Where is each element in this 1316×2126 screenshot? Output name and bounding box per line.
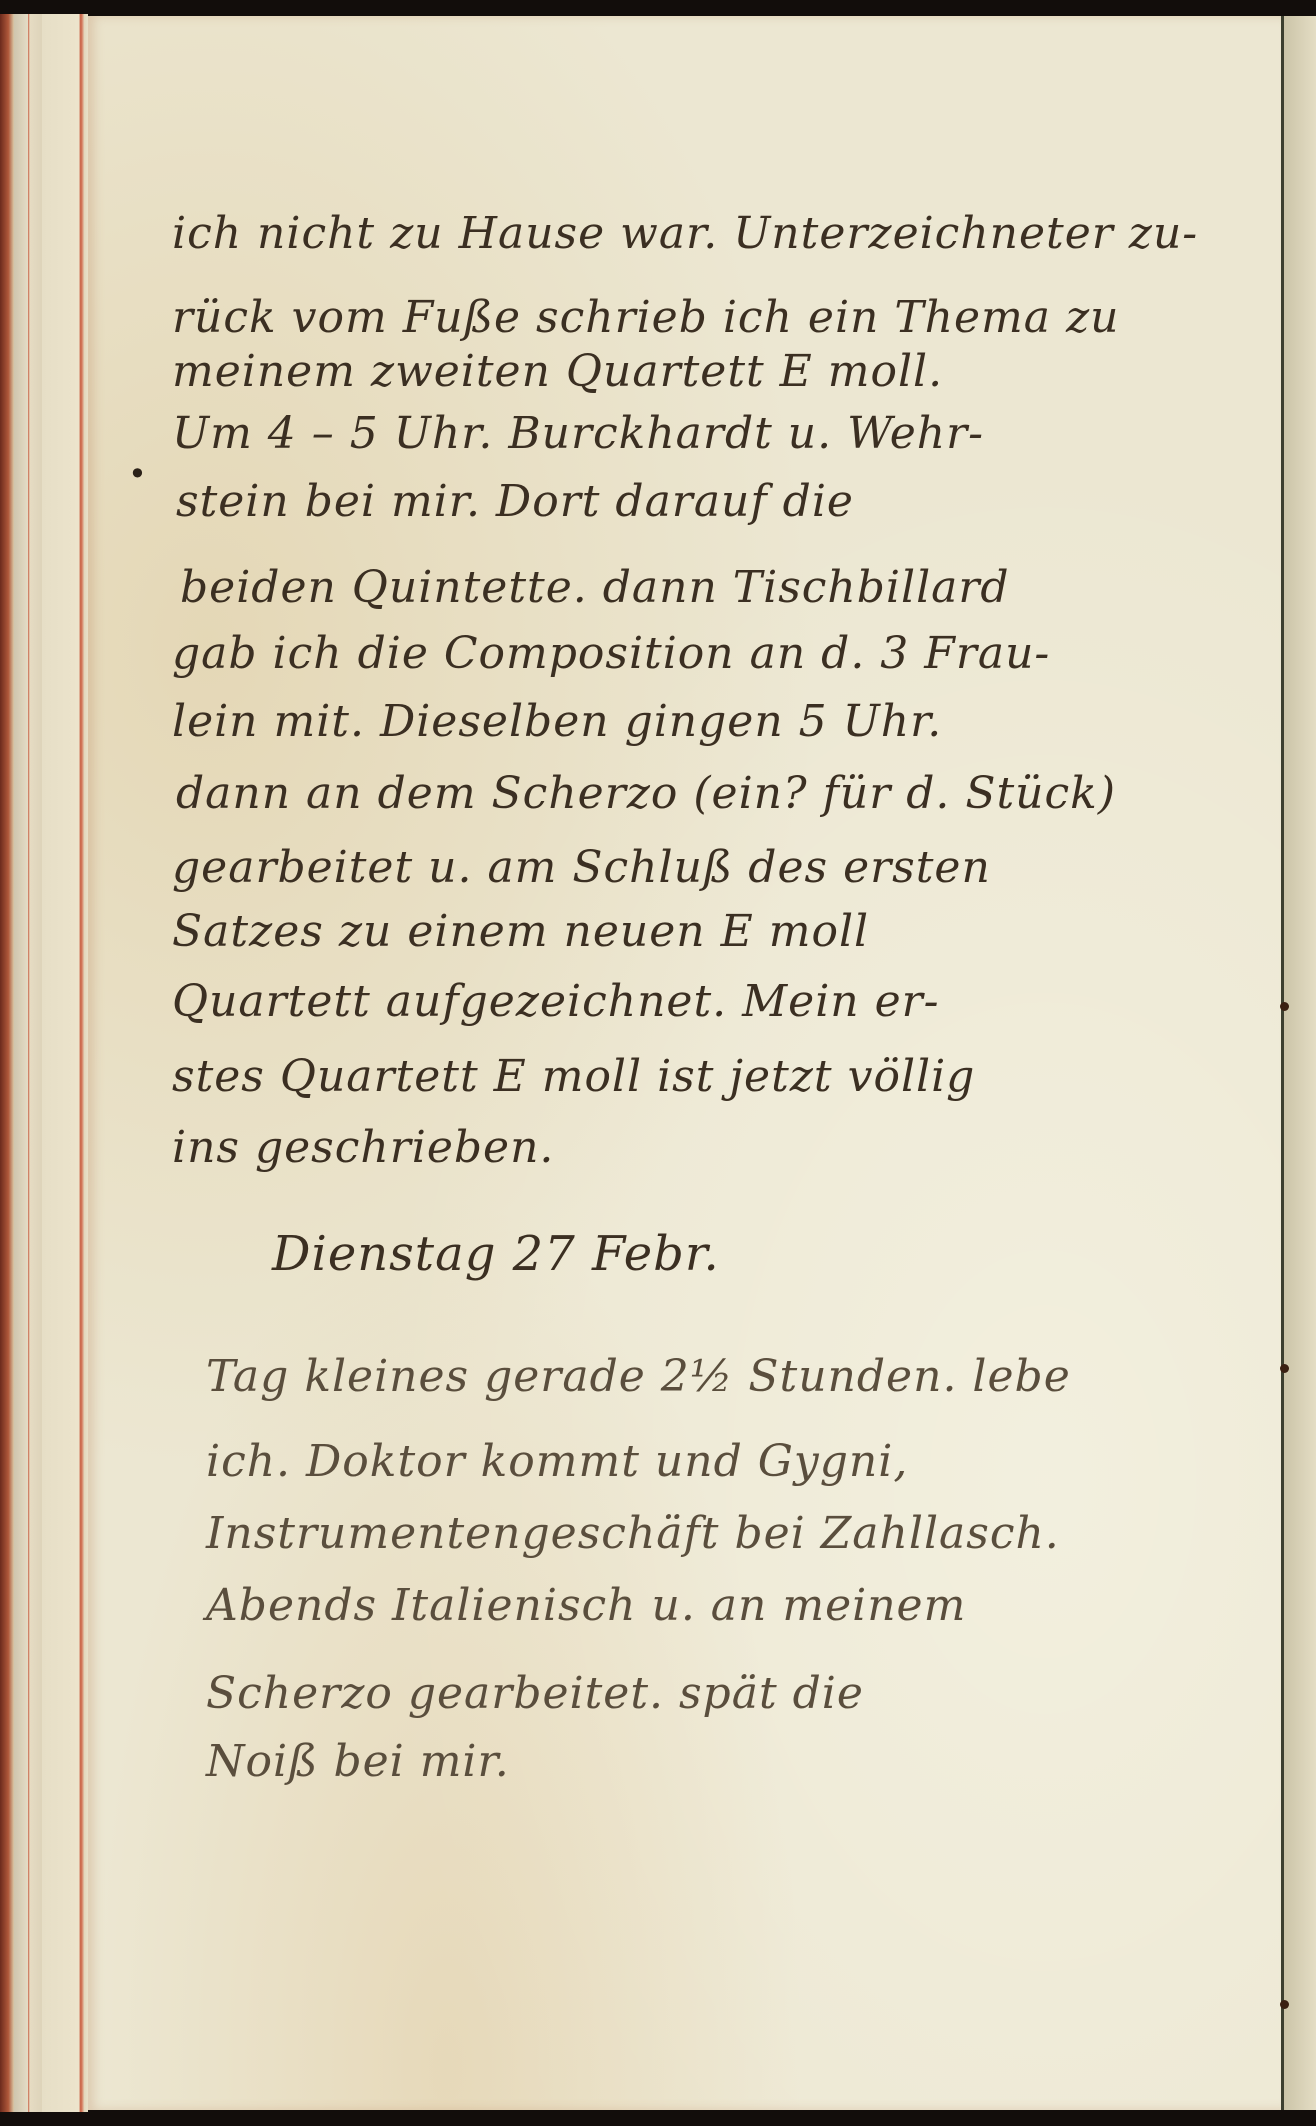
- text-line: Abends Italienisch u. an meinem: [206, 1584, 966, 1628]
- text-line: Um 4 – 5 Uhr. Burckhardt u. Wehr-: [172, 412, 984, 456]
- scanned-book-spread: • ich nicht zu Hause war. Unterzeichnete…: [0, 0, 1316, 2126]
- binding-hole: [1280, 1364, 1289, 1373]
- text-line: Quartett aufgezeichnet. Mein er-: [172, 980, 940, 1024]
- text-line: Scherzo gearbeitet. spät die: [206, 1672, 864, 1716]
- binding-hole: [1280, 1002, 1289, 1011]
- ink-dot: •: [128, 455, 147, 493]
- text-line: lein mit. Dieselben gingen 5 Uhr.: [172, 700, 942, 744]
- book-cover-edge: [0, 14, 14, 2112]
- text-line: ich nicht zu Hause war. Unterzeichneter …: [172, 212, 1198, 256]
- stacked-page-edges: [14, 14, 42, 2112]
- text-line: Satzes zu einem neuen E moll: [172, 910, 869, 954]
- text-line: ins geschrieben.: [172, 1126, 554, 1170]
- text-line: gearbeitet u. am Schluß des ersten: [172, 846, 991, 890]
- facing-page-edge: [1284, 16, 1316, 2110]
- text-line: gab ich die Composition an d. 3 Frau-: [172, 632, 1050, 676]
- text-line: stes Quartett E moll ist jetzt völlig: [172, 1055, 975, 1099]
- stacked-page-edges-inner: [42, 14, 88, 2112]
- text-line: rück vom Fuße schrieb ich ein Thema zu: [172, 296, 1120, 340]
- binding-hole: [1280, 2000, 1289, 2009]
- text-line: stein bei mir. Dort darauf die: [176, 480, 854, 524]
- text-line: Noiß bei mir.: [206, 1740, 510, 1784]
- text-line: Tag kleines gerade 2½ Stunden. lebe: [206, 1355, 1071, 1399]
- text-line: Instrumentengeschäft bei Zahllasch.: [206, 1512, 1060, 1556]
- text-line: dann an dem Scherzo (ein? für d. Stück): [176, 772, 1116, 816]
- text-line: meinem zweiten Quartett E moll.: [172, 350, 943, 394]
- text-line: ich. Doktor kommt und Gygni,: [206, 1440, 908, 1484]
- text-line: beiden Quintette. dann Tischbillard: [180, 566, 1010, 610]
- entry-date-heading: Dienstag 27 Febr.: [272, 1230, 720, 1278]
